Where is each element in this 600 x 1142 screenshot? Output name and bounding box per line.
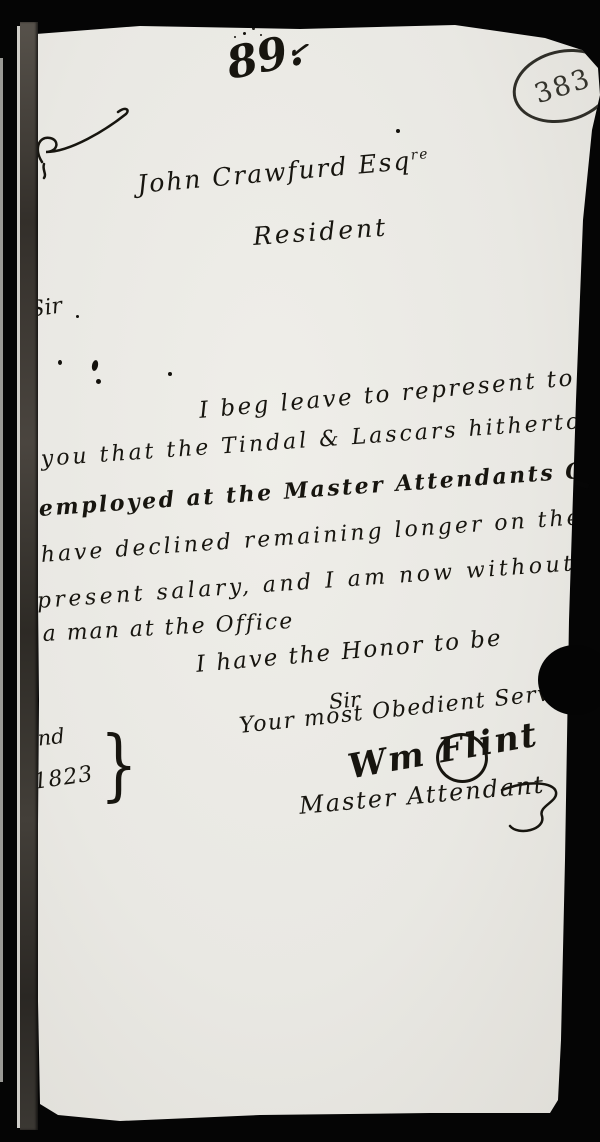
adjacent-page-sliver — [0, 58, 3, 1082]
margin-year: 1823 — [32, 762, 95, 795]
margin-brace: } — [100, 720, 138, 810]
paper-sheet: 89. ✓ 383 John Crawfurd Esqre Resident S… — [0, 0, 600, 1142]
ink-speck — [252, 27, 255, 30]
body-line: a man at the Office — [42, 609, 295, 647]
ink-speck — [234, 36, 236, 38]
scanned-letter-page: 89. ✓ 383 John Crawfurd Esqre Resident S… — [0, 0, 600, 1142]
pen-flourish-icon — [34, 100, 138, 180]
ink-blot — [96, 379, 101, 384]
binding-strip — [20, 22, 38, 1130]
archive-stamp: 383 — [505, 39, 600, 134]
ink-speck — [76, 315, 79, 318]
check-mark-icon: ✓ — [286, 34, 310, 66]
ink-speck — [168, 372, 172, 376]
ink-blot — [91, 359, 99, 371]
recipient-name-superscript: re — [410, 146, 430, 164]
recipient-name-text: John Crawfurd Esq — [136, 146, 412, 199]
stamp-number: 383 — [531, 62, 595, 109]
recipient-name: John Crawfurd Esqre — [136, 144, 431, 198]
ink-speck — [243, 32, 246, 35]
ink-speck — [396, 129, 400, 133]
edge-mark — [575, 480, 590, 489]
recipient-title: Resident — [252, 213, 389, 251]
ink-blot — [58, 360, 62, 365]
ink-speck — [260, 34, 262, 36]
signature-tail-flourish-icon — [498, 772, 568, 844]
